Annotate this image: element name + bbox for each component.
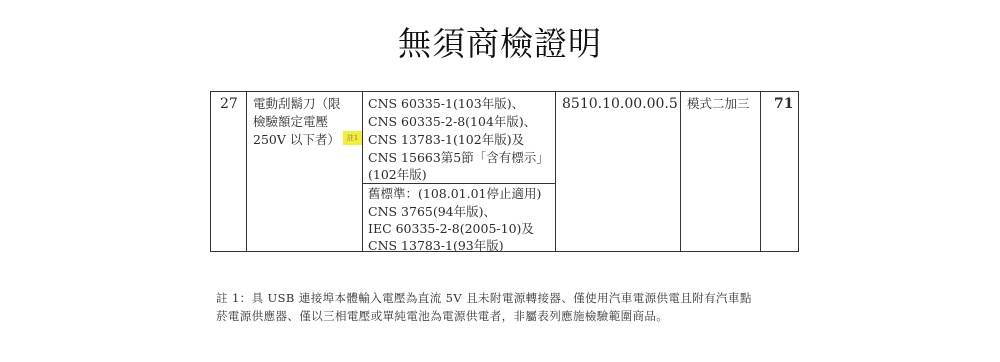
product-line: 250V 以下者）註1 [253, 131, 362, 150]
inspection-mode: 模式二加三 [687, 95, 750, 114]
standard-line: CNS 15663第5節「含有標示」 [368, 149, 549, 168]
column-divider [362, 92, 363, 251]
column-divider [760, 92, 761, 251]
footnote: 註 1：具 USB 連接埠本體輸入電壓為直流 5V 且未附電源轉接器、僅使用汽車… [216, 289, 752, 325]
standard-line: (102年版) [368, 166, 427, 185]
page-number: 71 [774, 95, 793, 114]
page-title: 無須商檢證明 [0, 18, 1000, 65]
item-number: 27 [220, 95, 238, 114]
product-line: 檢驗額定電壓 [253, 113, 328, 132]
column-divider [555, 92, 556, 251]
tariff-code: 8510.10.00.00.5 [562, 95, 678, 114]
standard-line: CNS 60335-1(103年版)、 [368, 95, 524, 114]
standard-line: IEC 60335-2-8(2005-10)及 [368, 220, 534, 239]
product-line-text: 250V 以下者） [253, 132, 340, 147]
footnote-marker: 註1 [343, 131, 362, 145]
footnote-line: 註 1：具 USB 連接埠本體輸入電壓為直流 5V 且未附電源轉接器、僅使用汽車… [216, 289, 752, 307]
standard-line: CNS 3765(94年版)、 [368, 203, 496, 222]
standard-line: CNS 13783-1(93年版) [368, 237, 504, 256]
product-line: 電動刮鬍刀（限 [253, 95, 341, 114]
standard-line: CNS 13783-1(102年版)及 [368, 131, 524, 150]
standard-line: 舊標準：(108.01.01停止適用) [368, 185, 541, 204]
column-divider [680, 92, 681, 251]
footnote-line: 菸電源供應器、僅以三相電壓或單純電池為電源供電者，非屬表列應施檢驗範圍商品。 [216, 307, 752, 325]
column-divider [246, 92, 247, 251]
inspection-table: 27 電動刮鬍刀（限 檢驗額定電壓 250V 以下者）註1 CNS 60335-… [210, 91, 799, 252]
standard-line: CNS 60335-2-8(104年版)、 [368, 113, 536, 132]
